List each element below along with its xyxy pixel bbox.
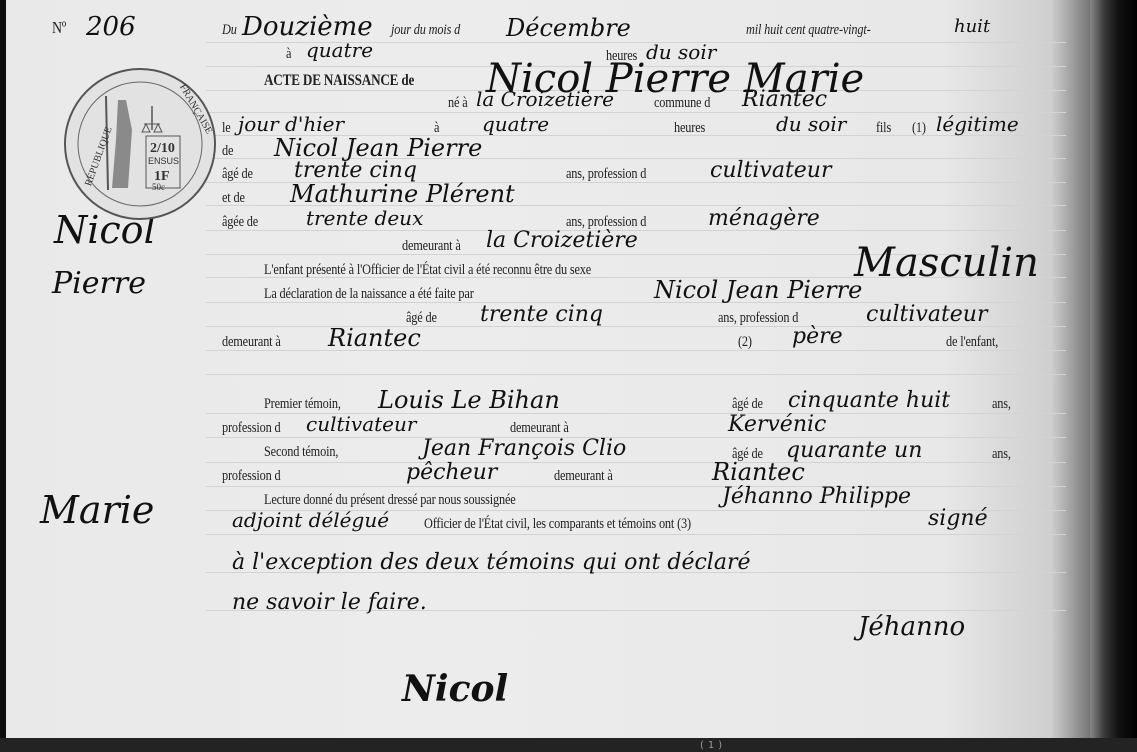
page-indicator[interactable]: (1) — [700, 740, 726, 751]
de-label: de — [222, 143, 233, 160]
father-profession-label: ans, profession d — [566, 166, 646, 183]
witness1-ans-label: ans, — [992, 396, 1011, 413]
year-prefix: mil huit cent quatre-vingt- — [746, 22, 871, 39]
commune-value: Riantec — [742, 87, 827, 112]
declarant-label: La déclaration de la naissance a été fai… — [264, 286, 474, 303]
svg-text:RÉPUBLIQUE: RÉPUBLIQUE — [82, 125, 115, 188]
birth-period: du soir — [776, 112, 846, 136]
exception-line-2: ne savoir le faire. — [232, 590, 427, 615]
officer-suffix: Officier de l'État civil, les comparants… — [424, 516, 691, 533]
birth-hour: quatre — [482, 112, 549, 136]
fils-label: fils — [876, 120, 891, 137]
hour-value: quatre — [306, 38, 373, 62]
margin-given1: Pierre — [52, 266, 146, 301]
witness1-age-label: âgé de — [732, 396, 763, 413]
declarant-profession-label: ans, profession d — [718, 310, 798, 327]
du-label: Du — [222, 22, 237, 39]
mother-age: trente deux — [306, 206, 423, 230]
father-age-label: âgé de — [222, 166, 253, 183]
declarant-demeurant-label: demeurant à — [222, 334, 281, 351]
et-de-label: et de — [222, 190, 245, 207]
mother-profession: ménagère — [708, 206, 820, 231]
jour-du-mois-label: jour du mois d — [391, 22, 460, 39]
witness1-demeurant-label: demeurant à — [510, 420, 569, 437]
svg-text:ENSUS: ENSUS — [148, 156, 179, 166]
officer-signature: Jéhanno — [858, 612, 965, 642]
register-page: Nº 206 Du Douzième jour du mois d Décemb… — [6, 0, 1106, 738]
mother-age-label: âgée de — [222, 214, 258, 231]
note-ref-1: (1) — [912, 120, 926, 137]
declarant-age: trente cinq — [480, 302, 603, 327]
lecture-label: Lecture donné du présent dressé par nous… — [264, 492, 516, 509]
mother-residence: la Croizetière — [486, 228, 638, 253]
a-label: à — [286, 46, 291, 63]
declarant-profession: cultivateur — [866, 302, 988, 327]
acte-title: ACTE DE NAISSANCE de — [264, 72, 414, 90]
commune-label: commune d — [654, 95, 710, 112]
relation-suffix: de l'enfant, — [946, 334, 998, 351]
exception-line: à l'exception des deux témoins qui ont d… — [232, 550, 750, 575]
svg-text:50c: 50c — [152, 182, 165, 192]
birth-place: la Croizetière — [476, 87, 614, 111]
mother-demeurant-label: demeurant à — [402, 238, 461, 255]
heures-label-2: heures — [674, 120, 705, 137]
witness2-label: Second témoin, — [264, 444, 338, 461]
witness2-ans-label: ans, — [992, 446, 1011, 463]
witness2-name: Jean François Clio — [422, 436, 626, 461]
note-ref-2: (2) — [738, 334, 752, 351]
ne-a-label: né à — [448, 95, 467, 112]
witness2-profession: pêcheur — [406, 460, 497, 485]
sex-value: Masculin — [854, 240, 1039, 286]
month-value: Décembre — [506, 14, 631, 42]
witness1-profession: cultivateur — [306, 412, 416, 436]
year-suffix: huit — [954, 16, 990, 37]
witness2-profession-label: profession d — [222, 468, 281, 485]
witness1-residence: Kervénic — [728, 412, 826, 437]
svg-text:FRANÇAISE: FRANÇAISE — [177, 82, 214, 136]
officer-name: Jéhanno Philippe — [722, 484, 911, 509]
mother-name: Mathurine Plérent — [290, 180, 515, 208]
entry-number-label: Nº — [52, 18, 66, 38]
document-viewer: Nº 206 Du Douzième jour du mois d Décemb… — [0, 0, 1137, 752]
declarant-relation: père — [792, 324, 843, 349]
page-binding-shadow — [1090, 0, 1137, 738]
viewer-bottom-bar — [0, 738, 1137, 752]
witness1-name: Louis Le Bihan — [378, 386, 560, 414]
witness1-age: cinquante huit — [788, 388, 950, 413]
officer-title: adjoint délégué — [232, 508, 389, 532]
witness2-demeurant-label: demeurant à — [554, 468, 613, 485]
witness1-profession-label: profession d — [222, 420, 281, 437]
fiscal-stamp: 2/10 ENSUS 1F 50c RÉPUBLIQUE FRANÇAISE — [64, 68, 216, 220]
witness1-label: Premier témoin, — [264, 396, 341, 413]
declarant-signature: Nicol — [402, 668, 508, 710]
witness2-residence: Riantec — [712, 458, 805, 486]
declarant-residence: Riantec — [328, 324, 421, 352]
entry-number: 206 — [86, 12, 136, 42]
svg-text:2/10: 2/10 — [150, 141, 175, 156]
witness2-age: quarante un — [786, 438, 922, 463]
sex-label: L'enfant présenté à l'Officier de l'État… — [264, 262, 591, 279]
signed-value: signé — [928, 506, 988, 531]
legitimacy: légitime — [936, 112, 1019, 136]
le-label: le — [222, 120, 231, 137]
birth-when: jour d'hier — [238, 112, 344, 136]
declarant-name: Nicol Jean Pierre — [654, 276, 862, 304]
father-profession: cultivateur — [710, 158, 832, 183]
margin-given2: Marie — [40, 488, 154, 532]
stamp-seal-icon: 2/10 ENSUS 1F 50c RÉPUBLIQUE FRANÇAISE — [66, 70, 214, 218]
